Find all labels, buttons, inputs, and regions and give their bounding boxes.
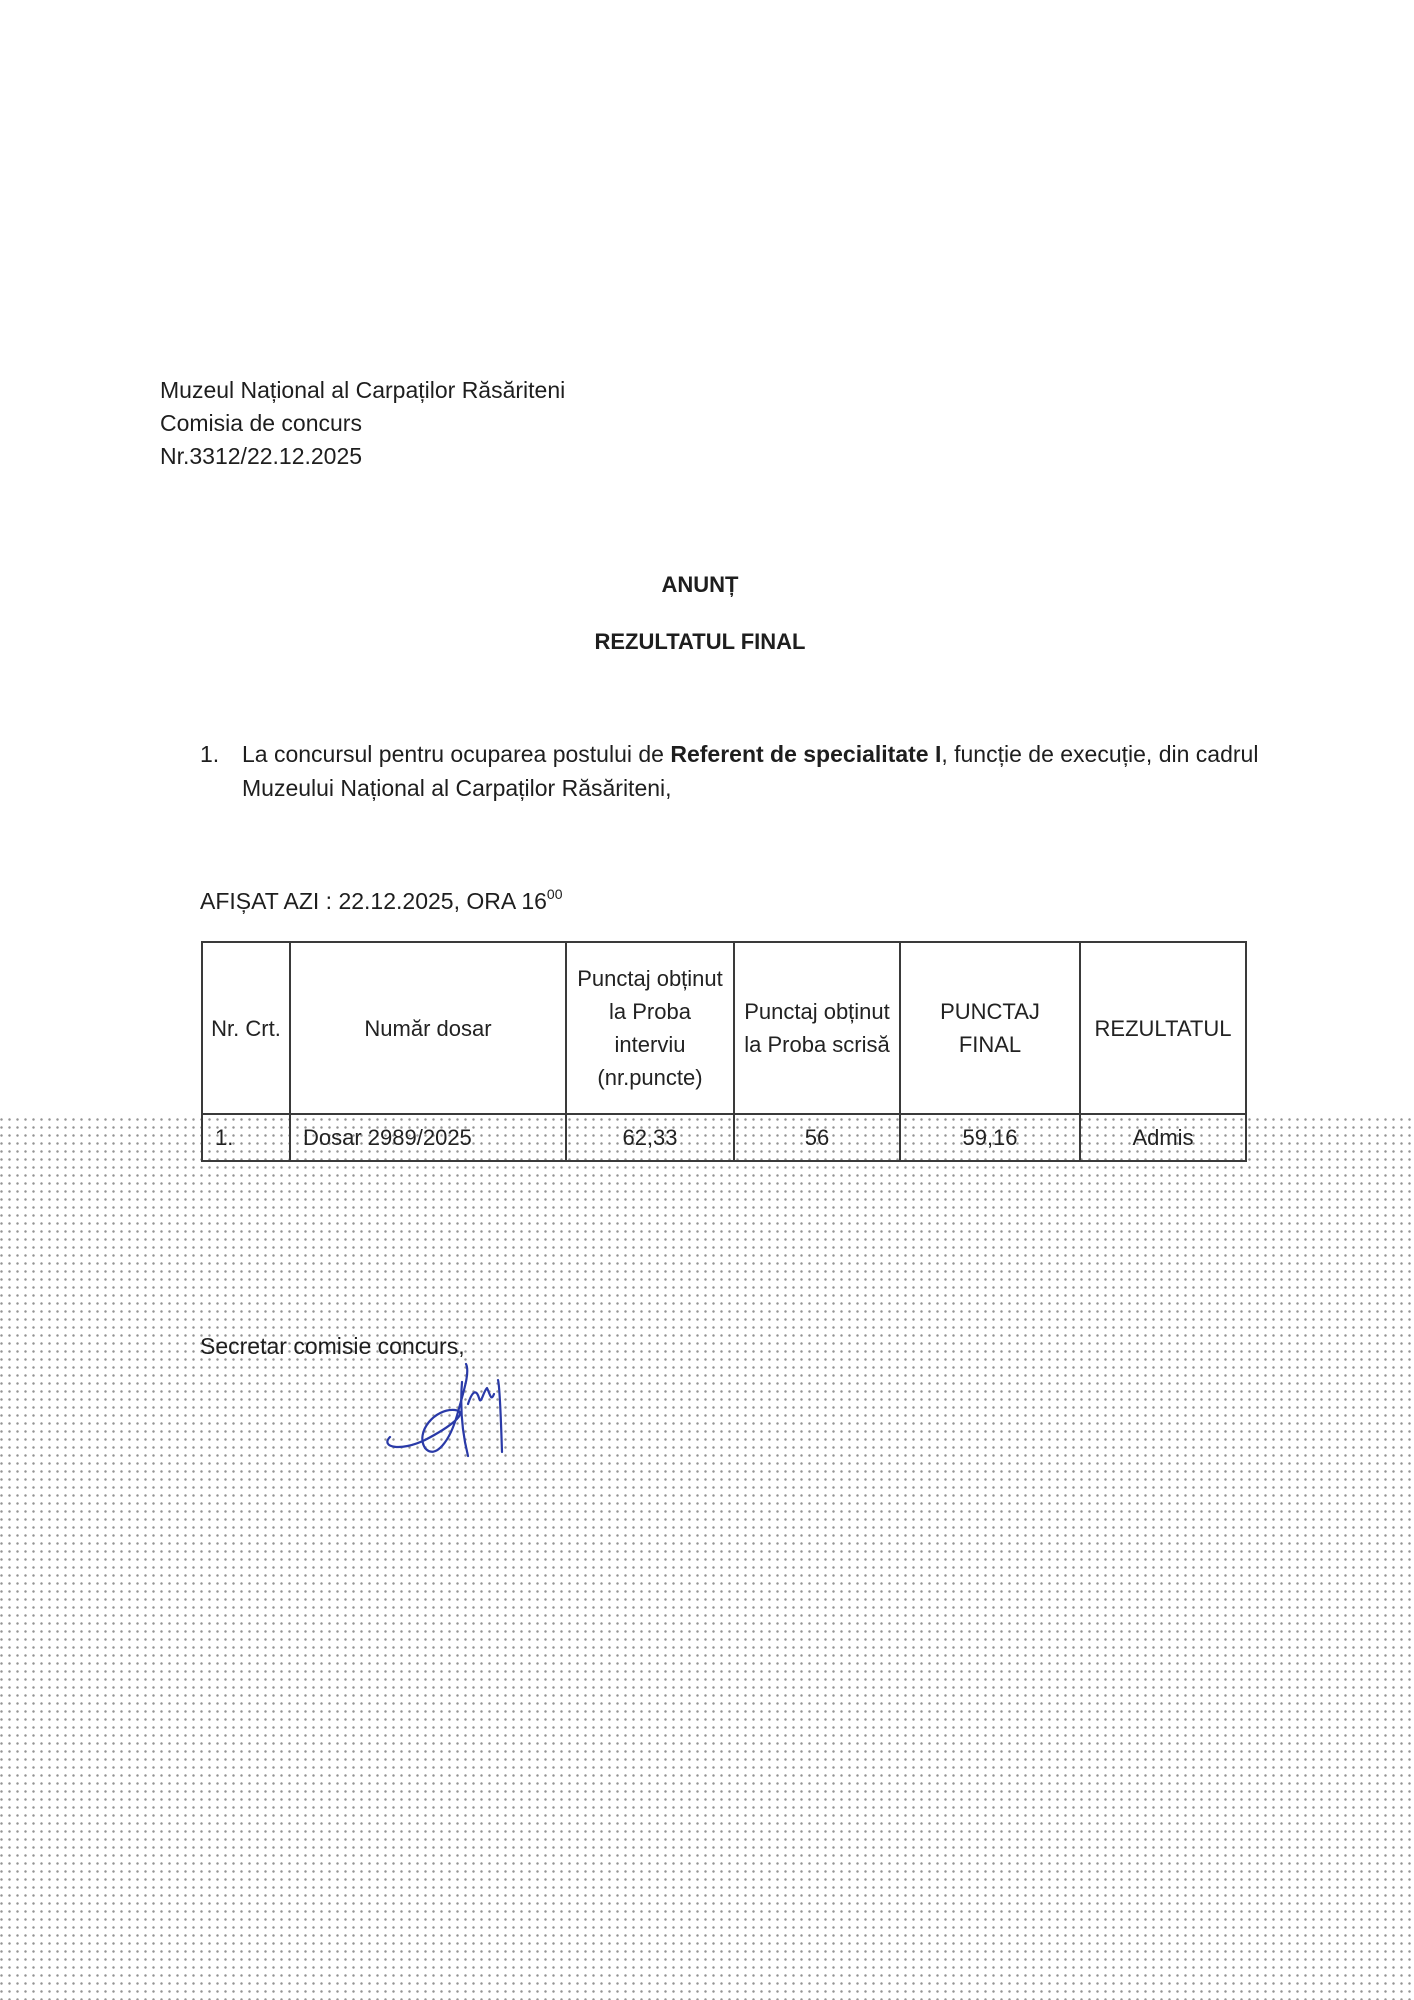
institution-name: Muzeul Național al Carpaților Răsăriteni — [160, 374, 565, 407]
cell-written-score: 56 — [734, 1114, 900, 1161]
paragraph-text-before: La concursul pentru ocuparea postului de — [242, 741, 670, 767]
header-result: REZULTATUL — [1080, 942, 1246, 1114]
header-nr-crt: Nr. Crt. — [202, 942, 290, 1114]
header-final-score: PUNCTAJ FINAL — [900, 942, 1080, 1114]
cell-nr-crt: 1. — [202, 1114, 290, 1161]
document-header: Muzeul Național al Carpaților Răsăriteni… — [160, 374, 565, 473]
registration-number: Nr.3312/22.12.2025 — [160, 440, 565, 473]
results-table: Nr. Crt. Număr dosar Punctaj obținut la … — [201, 941, 1247, 1162]
cell-final-score: 59,16 — [900, 1114, 1080, 1161]
table-row: 1. Dosar 2989/2025 62,33 56 59,16 Admis — [202, 1114, 1246, 1161]
header-interview-score: Punctaj obținut la Proba interviu (nr.pu… — [566, 942, 734, 1114]
handwritten-signature-icon — [380, 1352, 530, 1462]
header-file-number: Număr dosar — [290, 942, 566, 1114]
position-title: Referent de specialitate I — [670, 741, 941, 767]
committee-name: Comisia de concurs — [160, 407, 565, 440]
announcement-subtitle: REZULTATUL FINAL — [0, 629, 1400, 655]
header-written-score: Punctaj obținut la Proba scrisă — [734, 942, 900, 1114]
scan-dot-pattern — [0, 1118, 1414, 2000]
cell-file-number: Dosar 2989/2025 — [290, 1114, 566, 1161]
cell-result: Admis — [1080, 1114, 1246, 1161]
announcement-title: ANUNȚ — [0, 572, 1400, 598]
paragraph-number: 1. — [200, 737, 219, 771]
cell-interview-score: 62,33 — [566, 1114, 734, 1161]
table-header-row: Nr. Crt. Număr dosar Punctaj obținut la … — [202, 942, 1246, 1114]
posted-label: AFIȘAT AZI : 22.12.2025, ORA 16 — [200, 888, 547, 914]
posted-timestamp: AFIȘAT AZI : 22.12.2025, ORA 1600 — [200, 886, 562, 915]
announcement-paragraph: 1. La concursul pentru ocuparea postului… — [200, 737, 1260, 805]
posted-minutes: 00 — [547, 886, 563, 902]
